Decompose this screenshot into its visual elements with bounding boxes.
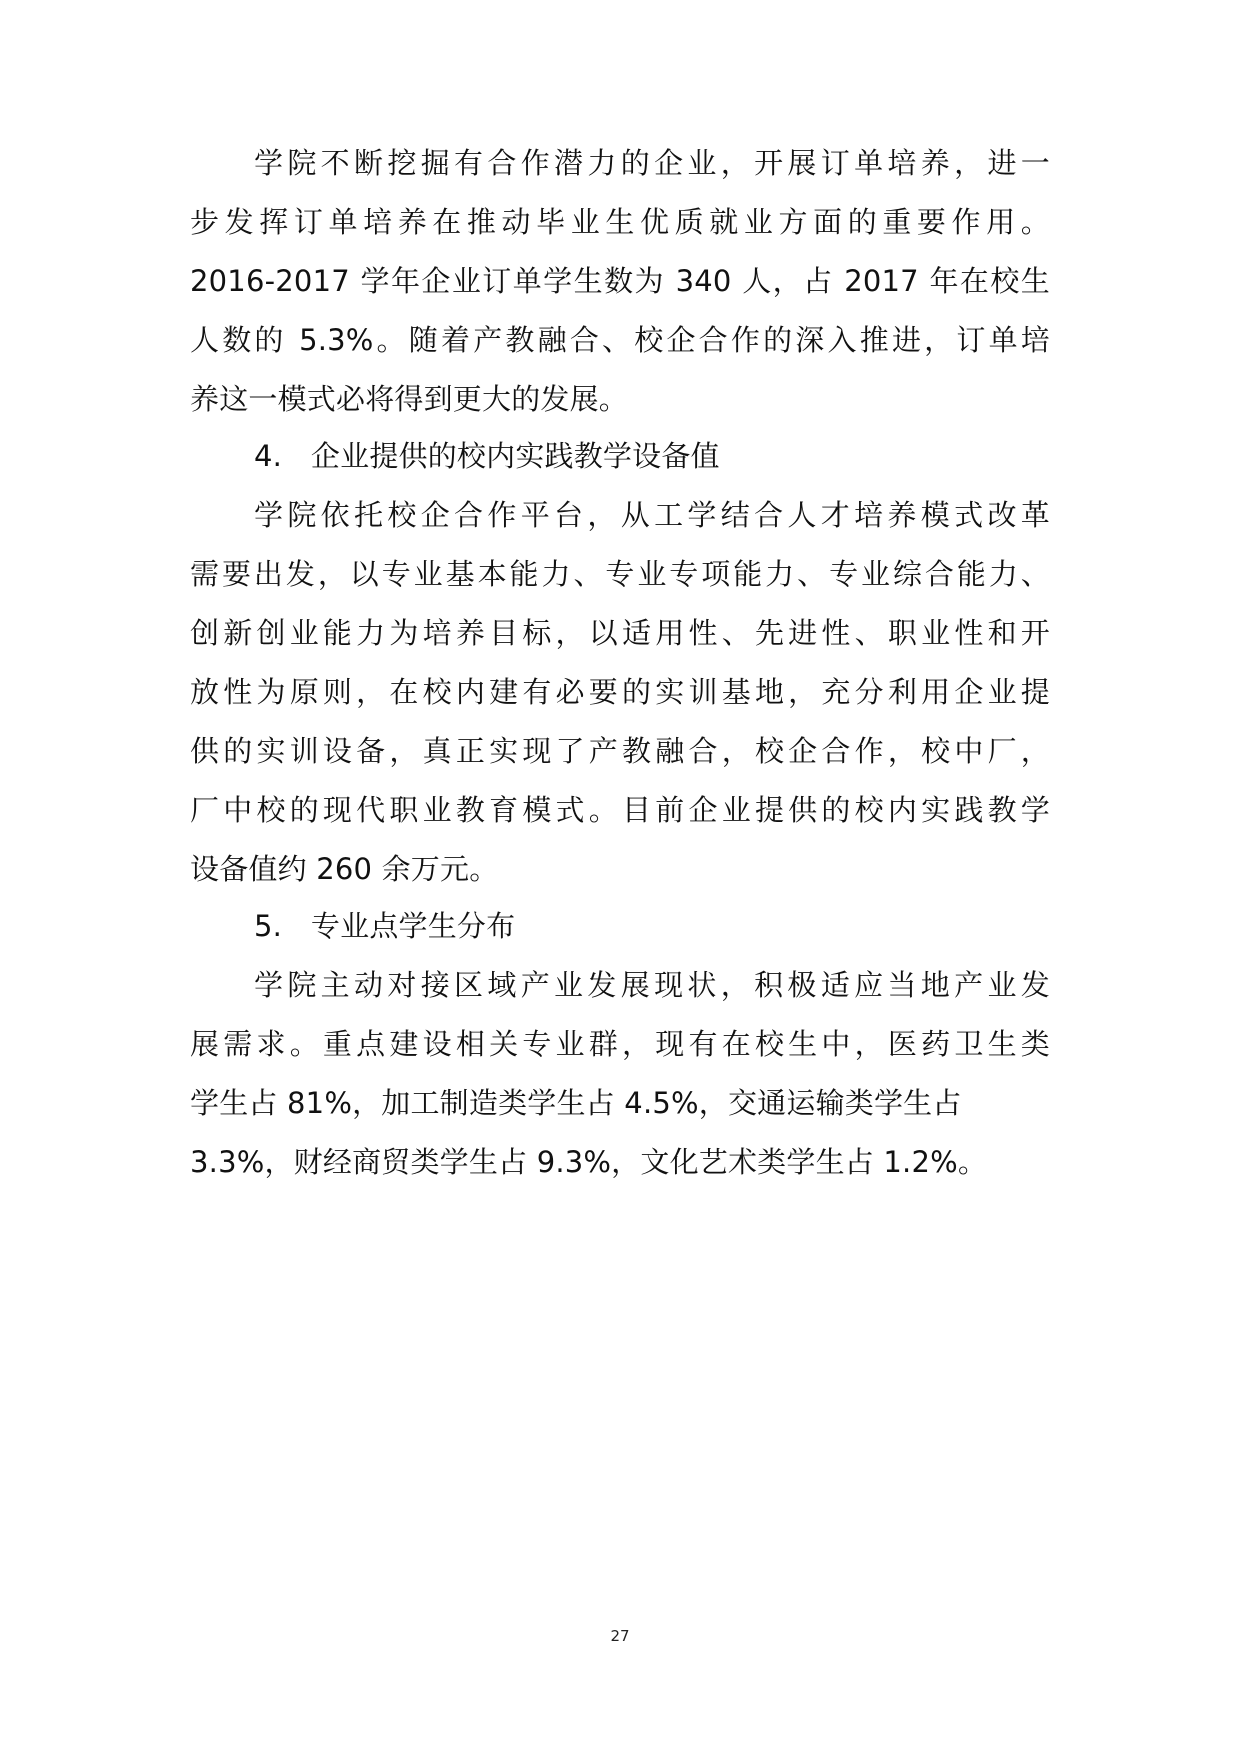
paragraph-line: 供的实训设备，真正实现了产教融合，校企合作，校中厂， bbox=[190, 731, 1050, 771]
paragraph-line: 学院主动对接区域产业发展现状，积极适应当地产业发 bbox=[254, 965, 1050, 1005]
page-number: 27 bbox=[0, 1626, 1240, 1646]
paragraph-line: 展需求。重点建设相关专业群，现有在校生中，医药卫生类 bbox=[190, 1024, 1050, 1064]
paragraph-line: 学院不断挖掘有合作潜力的企业，开展订单培养，进一 bbox=[254, 143, 1050, 183]
paragraph-line: 3.3%，财经商贸类学生占 9.3%，文化艺术类学生占 1.2%。 bbox=[190, 1142, 1050, 1182]
document-page: 学院不断挖掘有合作潜力的企业，开展订单培养，进一 步发挥订单培养在推动毕业生优质… bbox=[0, 0, 1240, 1753]
section-number: 5. bbox=[254, 909, 282, 943]
paragraph-line: 步发挥订单培养在推动毕业生优质就业方面的重要作用。 bbox=[190, 202, 1050, 242]
paragraph-line: 放性为原则，在校内建有必要的实训基地，充分利用企业提 bbox=[190, 672, 1050, 712]
paragraph-line: 设备值约 260 余万元。 bbox=[190, 849, 1050, 889]
paragraph-line: 创新创业能力为培养目标，以适用性、先进性、职业性和开 bbox=[190, 613, 1050, 653]
section-number: 4. bbox=[254, 439, 282, 473]
paragraph-line: 学生占 81%，加工制造类学生占 4.5%，交通运输类学生占 bbox=[190, 1083, 1050, 1123]
paragraph-line: 人数的 5.3%。随着产教融合、校企合作的深入推进，订单培 bbox=[190, 320, 1050, 360]
paragraph-line: 学院依托校企合作平台，从工学结合人才培养模式改革 bbox=[254, 495, 1050, 535]
paragraph-line: 养这一模式必将得到更大的发展。 bbox=[190, 379, 1050, 419]
section-heading-4: 4. 企业提供的校内实践教学设备值 bbox=[254, 436, 1114, 476]
paragraph-line: 2016-2017 学年企业订单学生数为 340 人，占 2017 年在校生 bbox=[190, 261, 1050, 301]
paragraph-line: 厂中校的现代职业教育模式。目前企业提供的校内实践教学 bbox=[190, 790, 1050, 830]
section-title: 专业点学生分布 bbox=[311, 909, 515, 943]
section-heading-5: 5. 专业点学生分布 bbox=[254, 906, 1114, 946]
paragraph-line: 需要出发，以专业基本能力、专业专项能力、专业综合能力、 bbox=[190, 554, 1050, 594]
section-title: 企业提供的校内实践教学设备值 bbox=[311, 439, 720, 473]
